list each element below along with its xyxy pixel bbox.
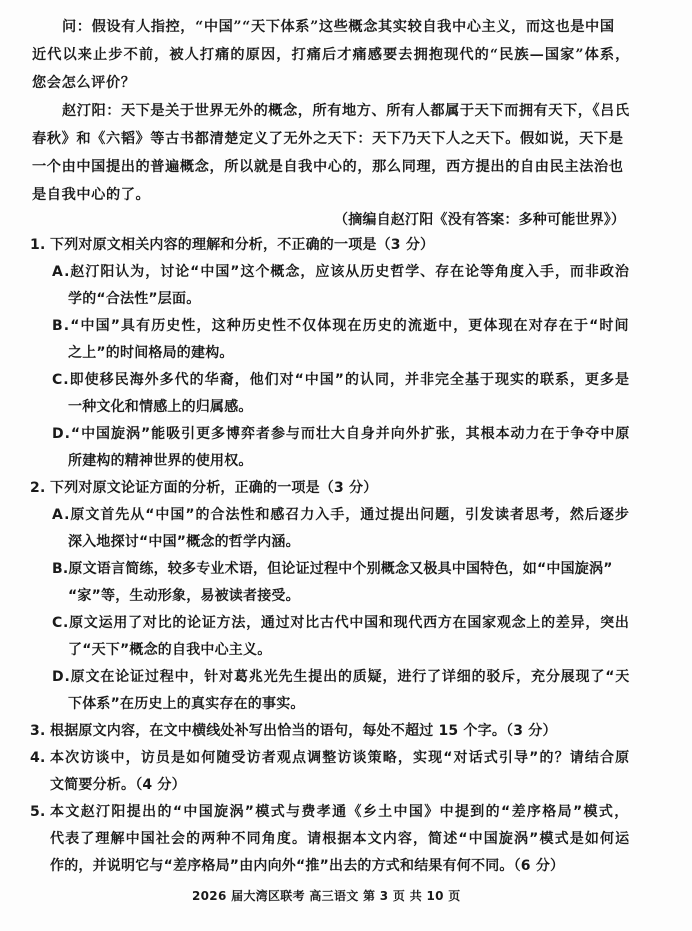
q1-option-b-line-2: 之上”的时间格局的建构。 (68, 343, 234, 363)
q1-option-a-line-1: A.赵汀阳认为，讨论“中国”这个概念，应该从历史哲学、存在论等角度入手，而非政治 (52, 262, 630, 282)
q1-option-c-line-1: C.即使移民海外多代的华裔，他们对“中国”的认同，并非完全基于现实的联系，更多是 (52, 370, 630, 390)
passage-question-line-1: 问：假设有人指控，“中国”“天下体系”这些概念其实较自我中心主义，而这也是中国 (62, 17, 615, 37)
question-1-number: 1. (30, 235, 45, 255)
q1-option-b-line-1: B.“中国”具有历史性，这种历史性不仅体现在历史的流逝中，更体现在对存在于“时间 (52, 316, 630, 336)
question-2-number: 2. (30, 478, 45, 498)
question-2-stem: 下列对原文论证方面的分析，正确的一项是（3 分） (50, 478, 377, 498)
question-1-stem: 下列对原文相关内容的理解和分析，不正确的一项是（3 分） (50, 235, 434, 255)
passage-answer-line-1: 赵汀阳：天下是关于世界无外的概念，所有地方、所有人都属于天下而拥有天下，《吕氏 (62, 101, 630, 121)
q2-option-c-line-1: C.原文运用了对比的论证方法，通过对比古代中国和现代西方在国家观念上的差异，突出 (52, 613, 630, 633)
question-4-text-line-1: 本次访谈中，访员是如何随受访者观点调整访谈策略，实现“对话式引导”的？请结合原 (50, 748, 630, 768)
q2-option-b-line-1: B.原文语言简练，较多专业术语，但论证过程中个别概念又极具中国特色，如“中国旋涡… (52, 559, 613, 579)
question-5-number: 5. (30, 802, 45, 822)
passage-answer-line-3: 一个由中国提出的普遍概念，所以就是自我中心的，那么同理，西方提出的自由民主法治也 (32, 157, 624, 177)
q1-option-a-line-2: 学的“合法性”层面。 (68, 289, 200, 309)
passage-question-line-2: 近代以来止步不前，被人打痛的原因，打痛后才痛感要去拥抱现代的“民族—国家”体系， (32, 45, 630, 65)
q1-option-d-line-1: D.“中国旋涡”能吸引更多博弈者参与而壮大自身并向外扩张，其根本动力在于争夺中原 (52, 424, 630, 444)
passage-question-line-3: 您会怎么评价？ (32, 73, 136, 93)
q2-option-b-line-2: “家”等，生动形象，易被读者接受。 (68, 586, 300, 606)
source-attribution: （摘编自赵汀阳《没有答案：多种可能世界》） (334, 210, 625, 230)
question-3-text: 根据原文内容，在文中横线处补写出恰当的语句，每处不超过 15 个字。（3 分） (50, 721, 557, 741)
question-4-text-line-2: 文简要分析。（4 分） (50, 775, 186, 795)
question-3-number: 3. (30, 721, 45, 741)
q1-option-c-line-2: 一种文化和情感上的归属感。 (68, 397, 253, 417)
question-5-text-line-1: 本文赵汀阳提出的“中国旋涡”模式与费孝通《乡土中国》中提到的“差序格局”模式， (50, 802, 630, 822)
page-footer: 2026 届大湾区联考 高三语文 第 3 页 共 10 页 (192, 886, 461, 906)
passage-answer-line-4: 是自我中心的了。 (32, 185, 150, 205)
q2-option-d-line-1: D.原文在论证过程中，针对葛兆光先生提出的质疑，进行了详细的驳斥，充分展现了“天 (52, 667, 630, 687)
question-5-text-line-3: 作的，并说明它与“差序格局”由内向外“推”出去的方式和结果有何不同。（6 分） (50, 856, 564, 876)
q2-option-c-line-2: 了“天下”概念的自我中心主义。 (68, 640, 271, 660)
passage-answer-line-2: 春秋》和《六韬》等古书都清楚定义了无外之天下：天下乃天下人之天下。假如说，天下是 (32, 129, 624, 149)
q2-option-d-line-2: 下体系”在历史上的真实存在的事实。 (68, 694, 305, 714)
question-4-number: 4. (30, 748, 45, 768)
q1-option-d-line-2: 所建构的精神世界的使用权。 (68, 451, 253, 471)
exam-page: 问：假设有人指控，“中国”“天下体系”这些概念其实较自我中心主义，而这也是中国 … (0, 0, 692, 931)
q2-option-a-line-2: 深入地探讨“中国”概念的哲学内涵。 (68, 532, 300, 552)
question-5-text-line-2: 代表了理解中国社会的两种不同角度。请根据本文内容，简述“中国旋涡”模式是如何运 (50, 829, 630, 849)
q2-option-a-line-1: A.原文首先从“中国”的合法性和感召力入手，通过提出问题，引发读者思考，然后逐步 (52, 505, 630, 525)
